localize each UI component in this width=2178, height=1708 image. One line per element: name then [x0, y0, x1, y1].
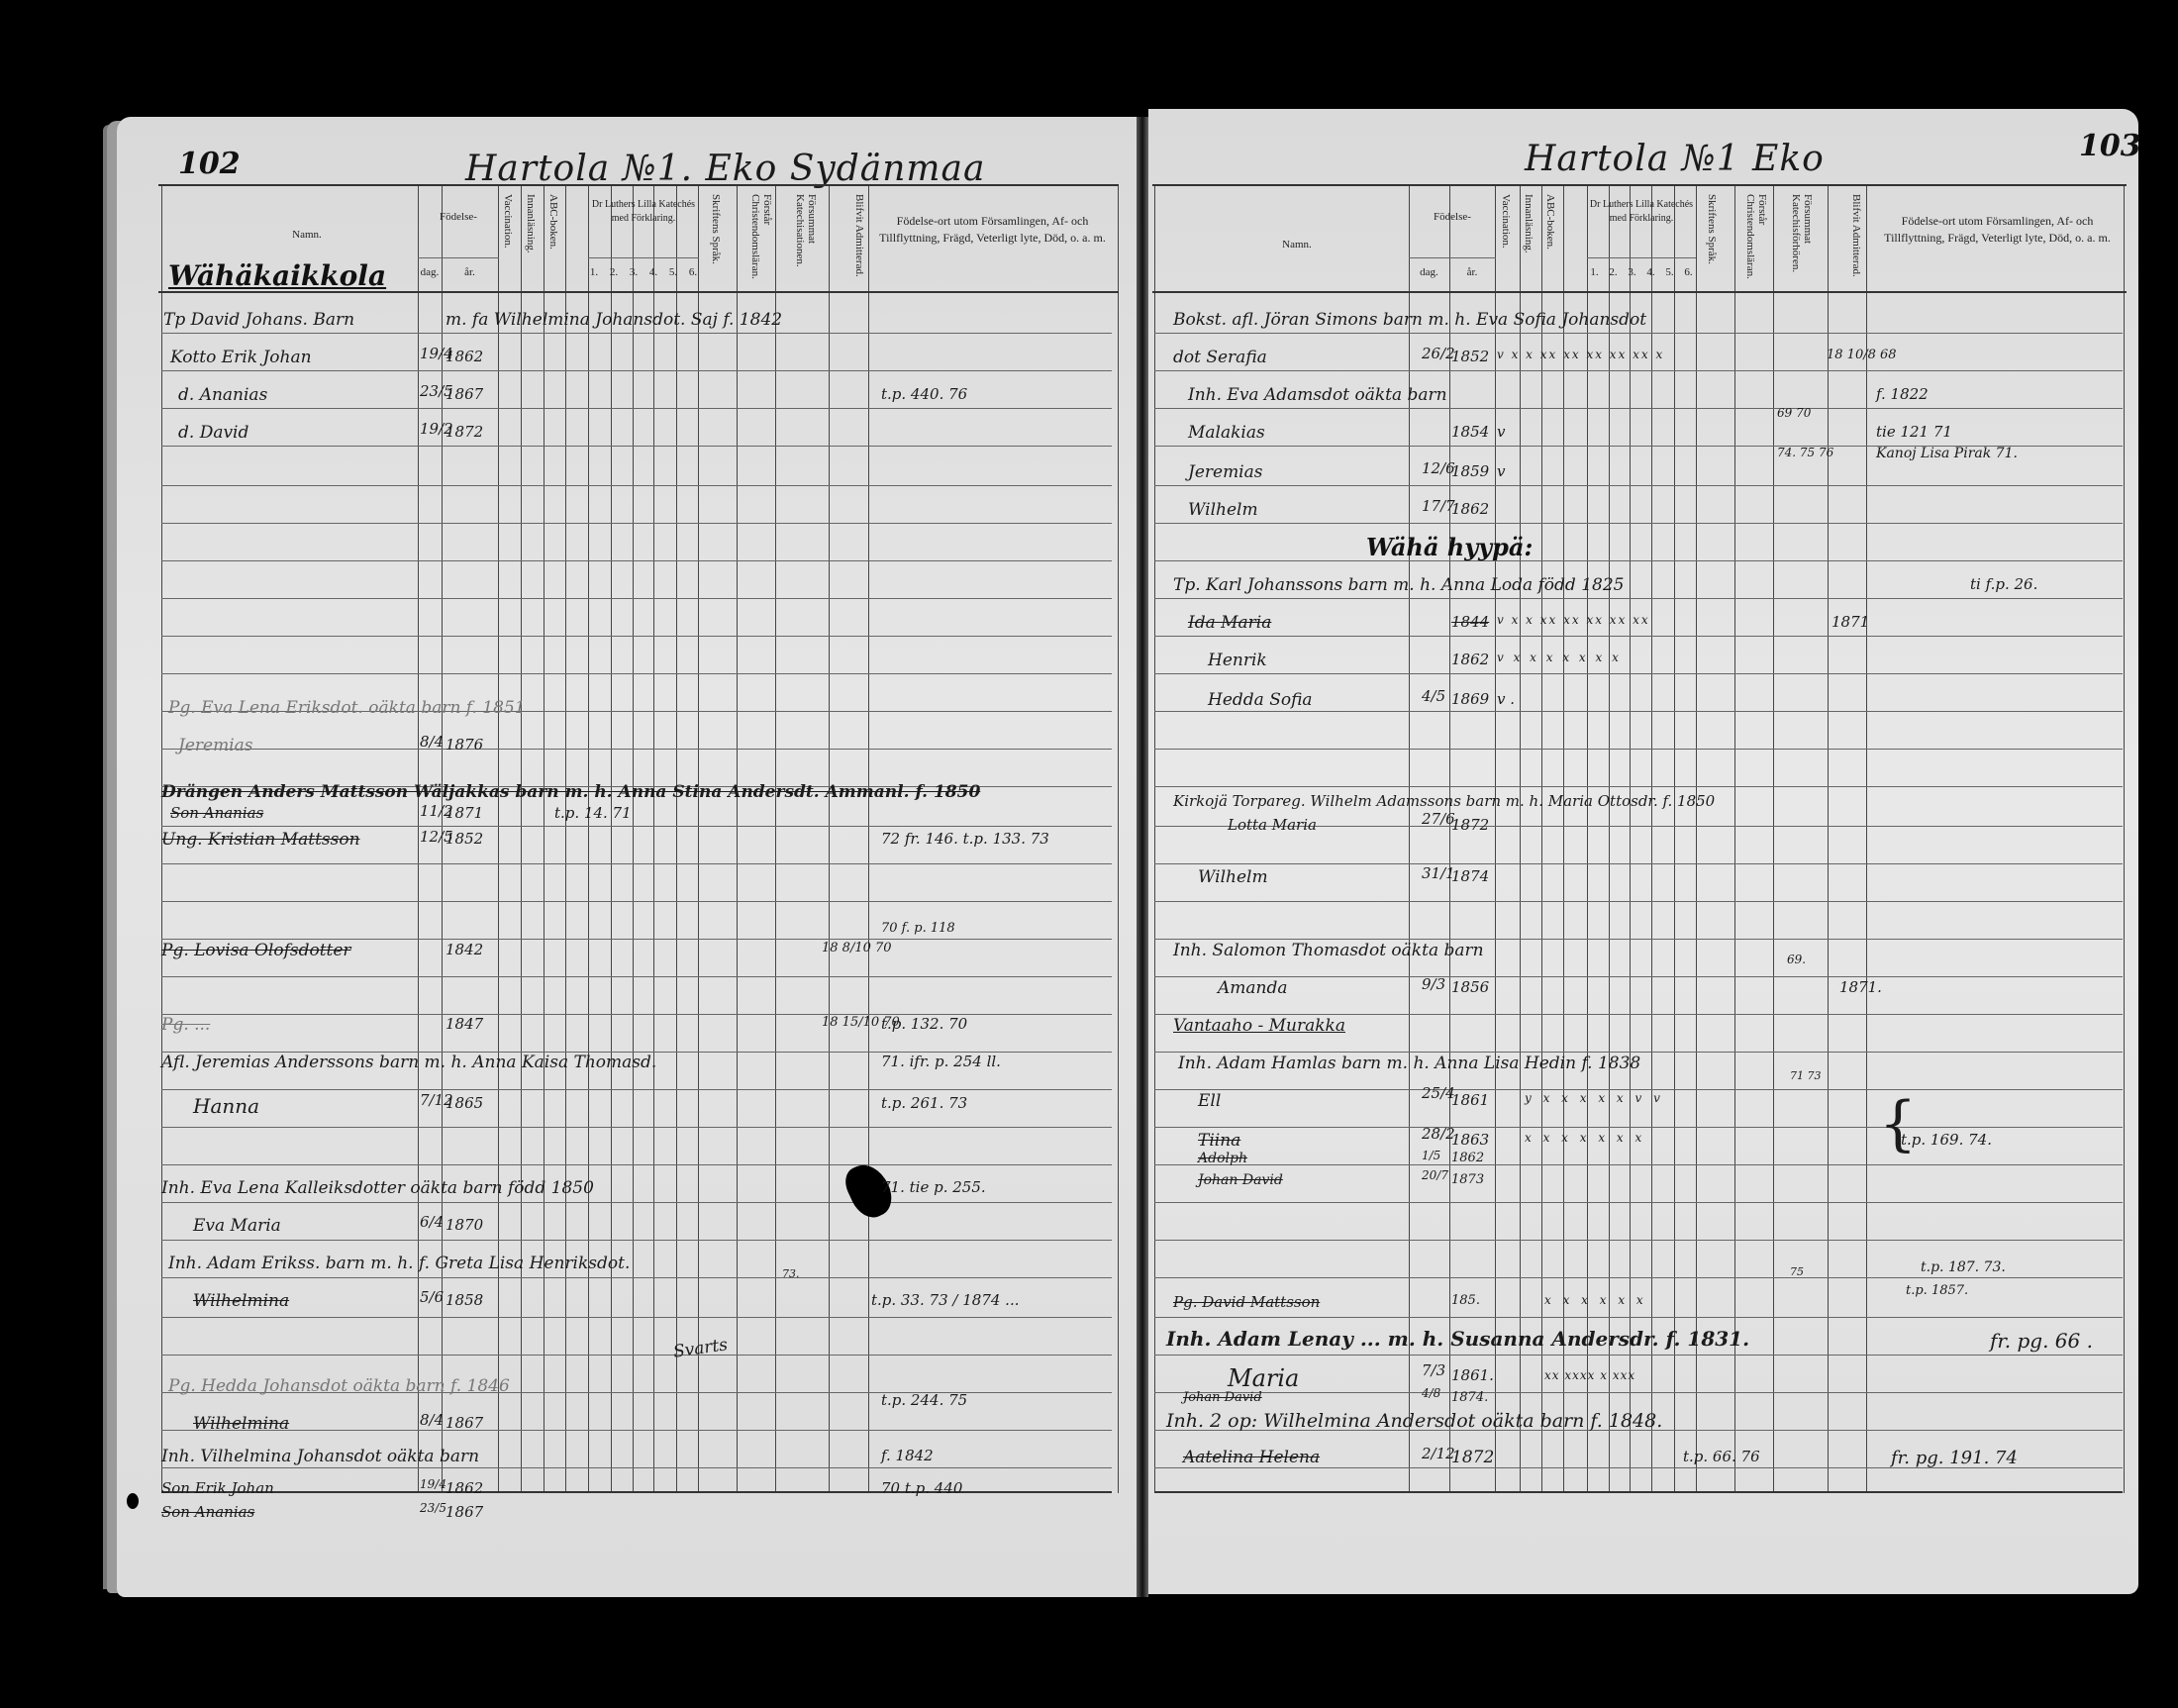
right-page-title: Hartola №1 Eko	[1525, 139, 1825, 179]
left-page-number: 102	[178, 147, 241, 181]
right-entry-4: Jeremias	[1188, 462, 1262, 482]
right-entry-23-year: 185.	[1451, 1293, 1480, 1308]
right-entry-15-year: 1856	[1451, 978, 1489, 996]
right-entry-5-day: 17/7	[1422, 497, 1455, 515]
right-entry-28-notes: fr. pg. 191. 74	[1891, 1448, 2018, 1468]
right-page-number: 103	[2079, 129, 2141, 163]
right-entry-12: Lotta Maria	[1228, 816, 1317, 834]
right-entry-1-year: 1852	[1451, 348, 1489, 365]
left-entry-8-notes: 72 fr. 146. t.p. 133. 73	[881, 830, 1049, 848]
right-entry-3-missed: 69 70	[1777, 406, 1811, 420]
left-page-title: Hartola №1. Eko Sydänmaa	[465, 149, 985, 189]
left-entry-10-year: 1847	[445, 1015, 483, 1033]
left-entry-13-notes: 71. tie p. 255.	[881, 1178, 986, 1196]
right-entry-9: Henrik	[1208, 651, 1267, 670]
left-entry-21-year: 1862	[445, 1479, 483, 1497]
right-entry-23-marks: x x x x x x	[1544, 1293, 1647, 1307]
right-entry-4-day: 12/6	[1422, 459, 1455, 477]
right-entry-4-marks: v	[1497, 462, 1505, 480]
left-entry-7-year: 1871	[445, 804, 483, 822]
right-entry-4-year: 1859	[1451, 462, 1489, 480]
left-entry-21: Son Erik Johan	[161, 1479, 274, 1497]
right-header-admitted: Blifvit Admitterad.	[1836, 194, 1862, 288]
right-entry-19-year: 1863	[1451, 1131, 1489, 1149]
binding-hole-left	[127, 1493, 139, 1509]
left-section-wahakaikkola: Wähäkaikkola	[168, 259, 386, 292]
right-entry-8-year: 1844	[1451, 613, 1489, 631]
right-entry-18-day: 25/4	[1422, 1084, 1455, 1102]
left-entry-8-year: 1852	[445, 830, 483, 848]
right-entry-20-day: 1/5	[1422, 1149, 1440, 1162]
left-header-reading: Innanläsning.	[525, 194, 537, 253]
right-entry-21-day: 20/7	[1422, 1168, 1448, 1182]
right-entry-21-year: 1873	[1451, 1172, 1484, 1187]
right-entry-25-day: 7/3	[1422, 1361, 1445, 1379]
right-entry-3-notes: tie 121 71	[1876, 423, 1952, 441]
right-entry-12-day: 27/6	[1422, 810, 1455, 828]
right-entry-7: Tp. Karl Johanssons barn m. h. Anna Loda…	[1173, 575, 1624, 595]
left-entry-21-notes: 70 t.p. 440	[881, 1479, 962, 1497]
left-entry-22-day: 23/5	[420, 1501, 446, 1515]
book-gutter	[1137, 117, 1148, 1597]
right-header-christian: Förstår Christendomsläran.	[1742, 194, 1768, 288]
right-entry-12-year: 1872	[1451, 816, 1489, 834]
right-entry-1-day: 26/2	[1422, 345, 1455, 362]
left-entry-19-year: 1867	[445, 1414, 483, 1432]
right-entry-15: Amanda	[1218, 978, 1288, 998]
left-entry-10-notes: t.p. 132. 70	[881, 1015, 967, 1033]
right-header-catechism: Dr Luthers Lilla Katechés med Förklaring…	[1587, 198, 1696, 226]
binding-hole-right	[2156, 1485, 2168, 1501]
left-header-vaccination: Vaccination.	[502, 194, 514, 249]
left-entry-20-notes: f. 1842	[881, 1447, 934, 1464]
right-entry-25-year: 1861.	[1451, 1366, 1494, 1384]
left-entry-18: Pg. Hedda Johansdot oäkta barn f. 1846	[168, 1376, 510, 1396]
left-entry-6: Drängen Anders Mattsson Wäljakkas barn m…	[161, 782, 980, 802]
left-entry-16-notes: t.p. 33. 73 / 1874 ...	[871, 1291, 1019, 1309]
right-entry-9-year: 1862	[1451, 651, 1489, 668]
right-entry-4-missed: 74. 75 76	[1777, 446, 1833, 459]
left-entry-14: Eva Maria	[193, 1216, 281, 1236]
left-header-birth: Födelse-	[418, 210, 499, 224]
right-entry-22-missed: 75	[1790, 1265, 1804, 1278]
left-entry-16: Wilhelmina	[193, 1291, 289, 1311]
right-entry-9-marks: v x x x x x x x	[1497, 651, 1622, 664]
right-header-vaccination: Vaccination.	[1500, 194, 1512, 249]
left-header-birth-day: dag.	[418, 265, 442, 279]
left-entry-9-notes: 70 f. p. 118	[881, 921, 955, 936]
left-entry-14-year: 1870	[445, 1216, 483, 1234]
right-entry-10: Hedda Sofia	[1208, 690, 1313, 710]
right-entry-20: Adolph	[1198, 1151, 1247, 1166]
left-entry-19: Wilhelmina	[193, 1414, 289, 1434]
left-header-birth-year: år.	[442, 265, 498, 279]
left-entry-19-notes: t.p. 244. 75	[881, 1391, 967, 1409]
right-entry-18-missed: 71 73	[1790, 1069, 1822, 1082]
right-header-missed: Försummat Katechisförhören.	[1788, 194, 1814, 288]
right-entry-13-day: 31/1	[1422, 864, 1455, 882]
right-entry-25: Maria	[1228, 1364, 1299, 1392]
right-entry-15-day: 9/3	[1422, 975, 1445, 993]
right-entry-10-year: 1869	[1451, 690, 1489, 708]
right-entry-18-marks: y x x x x x v v	[1525, 1091, 1664, 1105]
right-header-reading: Innanläsning.	[1523, 194, 1534, 253]
right-entry-17: Inh. Adam Hamlas barn m. h. Anna Lisa He…	[1178, 1054, 1640, 1073]
right-entry-8-admitted: 1871	[1831, 613, 1869, 631]
right-entry-10-day: 4/5	[1422, 687, 1445, 705]
right-entry-28-day: 2/12	[1422, 1445, 1455, 1462]
right-entry-1-admitted: 18 10/8 68	[1827, 348, 1897, 362]
right-entry-0: Bokst. afl. Jöran Simons barn m. h. Eva …	[1173, 310, 1646, 330]
left-entry-12-notes: t.p. 261. 73	[881, 1094, 967, 1112]
left-header-catechism: Dr Luthers Lilla Katechés med Förklaring…	[588, 198, 699, 226]
right-entry-3-year: 1854	[1451, 423, 1489, 441]
left-entry-16-day: 5/6	[420, 1288, 444, 1306]
left-entry-1-year: 1862	[445, 348, 483, 365]
left-entry-5-year: 1876	[445, 736, 483, 754]
right-section-vantaaho-murakka: Vantaaho - Murakka	[1173, 1016, 1345, 1036]
right-entry-13: Wilhelm	[1198, 867, 1268, 887]
left-entry-5-day: 8/4	[420, 733, 444, 751]
right-entry-15-admitted: 1871.	[1839, 978, 1882, 996]
left-entry-5: Jeremias	[178, 736, 252, 755]
left-entry-13: Inh. Eva Lena Kalleiksdotter oäkta barn …	[161, 1178, 594, 1198]
right-entry-3-marks: v	[1497, 423, 1505, 441]
right-entry-21: Johan David	[1198, 1172, 1283, 1188]
right-header-cat-cols: 1. 2. 3. 4. 5. 6.	[1587, 265, 1696, 279]
right-entry-14-admitted: 69.	[1787, 953, 1806, 966]
right-entry-2: Inh. Eva Adamsdot oäkta barn	[1188, 385, 1447, 405]
left-entry-11: Afl. Jeremias Anderssons barn m. h. Anna…	[161, 1053, 656, 1072]
left-header-missed: Försummat Katechisationen.	[792, 194, 818, 288]
right-entry-23: Pg. David Mattsson	[1173, 1293, 1320, 1311]
right-entry-10-marks: v .	[1497, 690, 1515, 708]
left-entry-21-day: 19/4	[420, 1477, 446, 1491]
right-entry-2-notes: f. 1822	[1876, 385, 1929, 403]
left-entry-9-year: 1842	[445, 941, 483, 958]
left-entry-3: d. David	[178, 423, 248, 443]
left-entry-2: d. Ananias	[178, 385, 267, 405]
right-entry-19-marks: x x x x x x x	[1525, 1131, 1645, 1145]
right-entry-28: Aatelina Helena	[1183, 1448, 1320, 1467]
left-header-abc: ABC-boken.	[547, 194, 559, 250]
left-entry-0: Tp David Johans. Barn	[163, 310, 354, 330]
left-entry-12-year: 1865	[445, 1094, 483, 1112]
left-entry-4: Pg. Eva Lena Eriksdot. oäkta barn f. 185…	[168, 698, 526, 718]
right-entry-26-day: 4/8	[1422, 1386, 1440, 1400]
right-entry-24-notes: fr. pg. 66 .	[1990, 1329, 2093, 1353]
right-header-birth-day: dag.	[1409, 265, 1449, 279]
right-header-notes: Födelse-ort utom Församlingen, Af- och T…	[1876, 213, 2119, 247]
left-header-admitted: Blifvit Admitterad.	[840, 194, 865, 288]
right-entry-11: Kirkojä Torpareg. Wilhelm Adamssons barn…	[1173, 792, 1715, 810]
right-entry-14: Inh. Salomon Thomasdot oäkta barn	[1173, 941, 1484, 960]
left-entry-8: Ung. Kristian Mattsson	[161, 830, 360, 850]
left-entry-3-year: 1872	[445, 423, 483, 441]
left-header-notes: Födelse-ort utom Församlingen, Af- och T…	[876, 213, 1109, 247]
left-header-cat-cols: 1. 2. 3. 4. 5. 6.	[588, 265, 699, 279]
right-entry-1-marks: v x x xx xx xx xx xx x	[1497, 348, 1664, 361]
left-entry-14-day: 6/4	[420, 1213, 444, 1231]
right-entry-3: Malakias	[1188, 423, 1265, 443]
right-entry-13-year: 1874	[1451, 867, 1489, 885]
left-entry-15: Inh. Adam Erikss. barn m. h. f. Greta Li…	[168, 1254, 630, 1273]
left-header-name: Namn.	[198, 228, 416, 242]
right-header-scripture: Skriftens Språk.	[1706, 194, 1718, 264]
right-entry-26-year: 1874.	[1451, 1390, 1488, 1405]
left-entry-2-year: 1867	[445, 385, 483, 403]
left-entry-0-mid: m. fa Wilhelmina Johansdot. Saj f. 1842	[445, 310, 782, 330]
right-entry-22-notes: t.p. 187. 73.	[1921, 1259, 2006, 1275]
left-entry-22-year: 1867	[445, 1503, 483, 1521]
right-entry-18: Ell	[1198, 1091, 1221, 1111]
right-entry-4-notes: Kanoj Lisa Pirak 71.	[1876, 446, 2018, 461]
right-section-waha-hyypa: Wähä hyypä:	[1366, 533, 1533, 561]
right-entry-20-year: 1862	[1451, 1151, 1484, 1165]
left-entry-19-day: 8/4	[420, 1411, 444, 1429]
right-entry-8-marks: v x x xx xx xx xx xx	[1497, 613, 1650, 627]
left-entry-16-year: 1858	[445, 1291, 483, 1309]
right-entry-19-day: 28/2	[1422, 1125, 1455, 1143]
left-entry-2-notes: t.p. 440. 76	[881, 385, 967, 403]
right-entry-27: Inh. 2 op: Wilhelmina Andersdot oäkta ba…	[1166, 1410, 1662, 1432]
right-entry-5: Wilhelm	[1188, 500, 1258, 520]
left-header-christian: Förstår Christendomsläran.	[747, 194, 773, 288]
right-entry-18-year: 1861	[1451, 1091, 1489, 1109]
left-entry-7-mid: t.p. 14. 71	[554, 804, 632, 822]
left-entry-9: Pg. Lovisa Olofsdotter	[161, 941, 351, 960]
right-entry-28-year: 1872	[1451, 1448, 1494, 1467]
right-header-name: Namn.	[1188, 238, 1406, 251]
right-entry-19: Tiina	[1198, 1131, 1240, 1151]
left-entry-9-admitted: 18 8/10 70	[822, 941, 892, 955]
left-entry-20: Inh. Vilhelmina Johansdot oäkta barn	[161, 1447, 479, 1466]
right-entry-26: Johan David	[1183, 1390, 1262, 1405]
left-entry-7: Son Ananias	[170, 804, 263, 822]
right-entry-5-year: 1862	[1451, 500, 1489, 518]
right-entry-8: Ida Maria	[1188, 613, 1271, 633]
left-entry-10: Pg. ...	[161, 1015, 210, 1035]
left-entry-11-notes: 71. ifr. p. 254 ll.	[881, 1053, 1001, 1070]
right-header-birth-year: år.	[1449, 265, 1495, 279]
right-entry-23-notes: t.p. 1857.	[1906, 1283, 1968, 1298]
left-entry-15-mid: 73.	[782, 1267, 800, 1280]
brace-icon: {	[1879, 1089, 1917, 1158]
right-header-abc: ABC-boken.	[1544, 194, 1556, 250]
right-entry-28-missed: t.p. 66. 76	[1683, 1448, 1760, 1465]
left-entry-1: Kotto Erik Johan	[170, 348, 312, 367]
right-entry-24: Inh. Adam Lenay ... m. h. Susanna Anders…	[1166, 1327, 1749, 1351]
left-entry-22: Son Ananias	[161, 1503, 254, 1521]
right-header-birth: Födelse-	[1409, 210, 1496, 224]
left-entry-12: Hanna	[193, 1094, 259, 1118]
left-header-scripture: Skriftens Språk.	[710, 194, 722, 264]
right-entry-7-notes: ti f.p. 26.	[1970, 575, 2037, 593]
right-entry-1: dot Serafia	[1173, 348, 1267, 367]
right-entry-25-marks: xx xxxx x xxx	[1544, 1368, 1635, 1382]
